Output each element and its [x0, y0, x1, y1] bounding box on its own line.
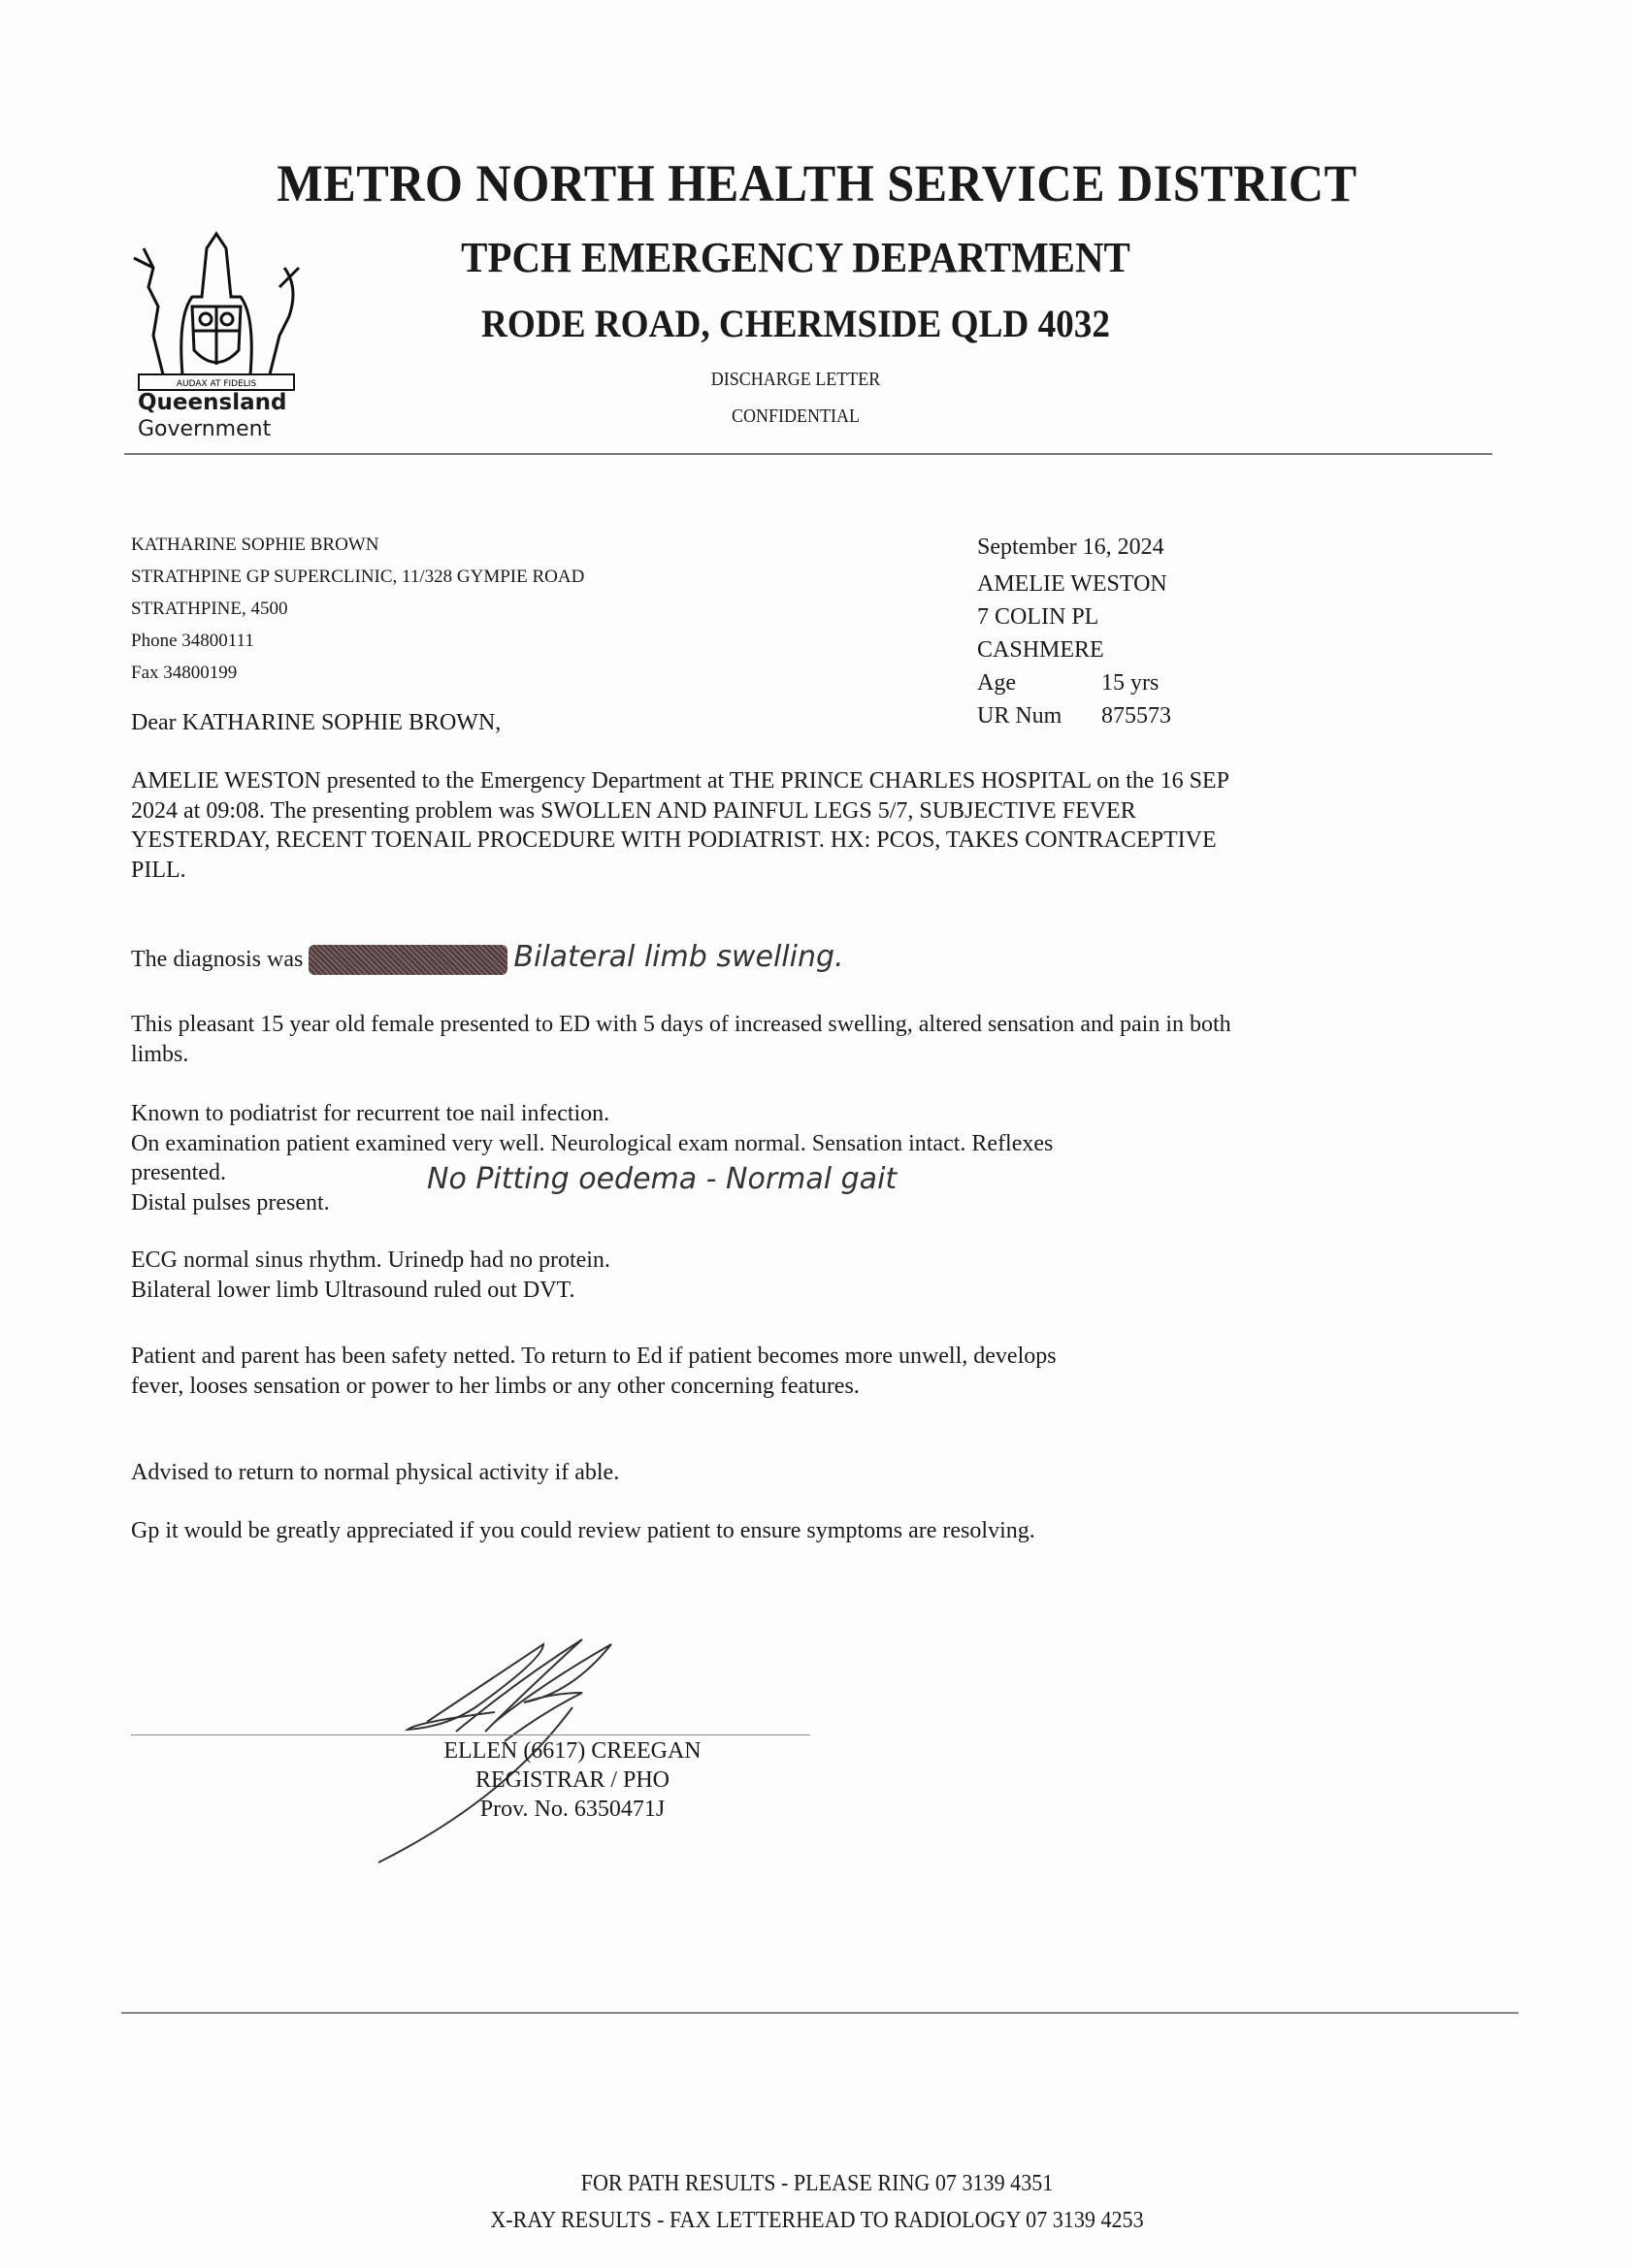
- struck-diagnosis: VIRAL INFECTION: [309, 945, 507, 975]
- district-title: METRO NORTH HEALTH SERVICE DISTRICT: [57, 153, 1577, 213]
- header-divider: [124, 453, 1492, 455]
- examination-block: Known to podiatrist for recurrent toe na…: [131, 1099, 1276, 1217]
- svg-text:AUDAX AT FIDELIS: AUDAX AT FIDELIS: [177, 379, 257, 389]
- footer-divider: [121, 2012, 1519, 2014]
- handwritten-diagnosis: Bilateral limb swelling.: [513, 940, 843, 974]
- salutation: Dear KATHARINE SOPHIE BROWN,: [131, 708, 1276, 738]
- recipient-fax: Fax 34800199: [131, 657, 584, 689]
- patient-age: Age15 yrs: [977, 666, 1171, 699]
- government-logo-text: Government: [138, 417, 271, 441]
- signatory-role: REGISTRAR / PHO: [320, 1766, 825, 1795]
- activity-advice: Advised to return to normal physical act…: [131, 1458, 1276, 1488]
- patient-street: 7 COLIN PL: [977, 600, 1171, 633]
- patient-suburb: CASHMERE: [977, 633, 1171, 666]
- recipient-suburb: STRATHPINE, 4500: [131, 593, 584, 625]
- presentation-paragraph: AMELIE WESTON presented to the Emergency…: [131, 766, 1276, 885]
- provider-number: Prov. No. 6350471J: [320, 1795, 825, 1824]
- recipient-phone: Phone 34800111: [131, 625, 584, 657]
- handwritten-exam-note: No Pitting oedema - Normal gait: [427, 1162, 897, 1196]
- signature-block: ELLEN (6617) CREEGAN REGISTRAR / PHO Pro…: [320, 1736, 825, 1824]
- queensland-coat-of-arms-icon: AUDAX AT FIDELIS: [124, 229, 309, 394]
- gp-review-request: Gp it would be greatly appreciated if yo…: [131, 1516, 1082, 1546]
- patient-name: AMELIE WESTON: [977, 567, 1171, 600]
- safety-net-paragraph: Patient and parent has been safety nette…: [131, 1342, 1082, 1401]
- xray-results-note: X-RAY RESULTS - FAX LETTERHEAD TO RADIOL…: [65, 2208, 1568, 2234]
- investigations-block: ECG normal sinus rhythm. Urinedp had no …: [131, 1246, 1276, 1305]
- letter-date: September 16, 2024: [977, 531, 1171, 564]
- podiatrist-note: Known to podiatrist for recurrent toe na…: [131, 1099, 1276, 1129]
- recipient-address-block: KATHARINE SOPHIE BROWN STRATHPINE GP SUP…: [131, 529, 584, 689]
- document-type: DISCHARGE LETTER: [228, 369, 1363, 391]
- path-results-note: FOR PATH RESULTS - PLEASE RING 07 3139 4…: [65, 2171, 1568, 2197]
- recipient-name: KATHARINE SOPHIE BROWN: [131, 529, 584, 561]
- history-paragraph: This pleasant 15 year old female present…: [131, 1010, 1276, 1069]
- signature-line: [131, 1734, 810, 1735]
- ecg-result: ECG normal sinus rhythm. Urinedp had no …: [131, 1246, 1276, 1276]
- queensland-logo-text: Queensland: [138, 390, 286, 415]
- recipient-practice: STRATHPINE GP SUPERCLINIC, 11/328 GYMPIE…: [131, 561, 584, 593]
- department-address: RODE ROAD, CHERMSIDE QLD 4032: [210, 301, 1383, 346]
- patient-details-block: September 16, 2024 AMELIE WESTON 7 COLIN…: [977, 531, 1171, 732]
- signatory-name: ELLEN (6617) CREEGAN: [320, 1736, 825, 1766]
- ultrasound-result: Bilateral lower limb Ultrasound ruled ou…: [131, 1276, 1276, 1306]
- diagnosis-line: The diagnosis was VIRAL INFECTION Bilate…: [131, 943, 1276, 975]
- confidential-label: CONFIDENTIAL: [228, 405, 1363, 428]
- department-title: TPCH EMERGENCY DEPARTMENT: [210, 233, 1383, 282]
